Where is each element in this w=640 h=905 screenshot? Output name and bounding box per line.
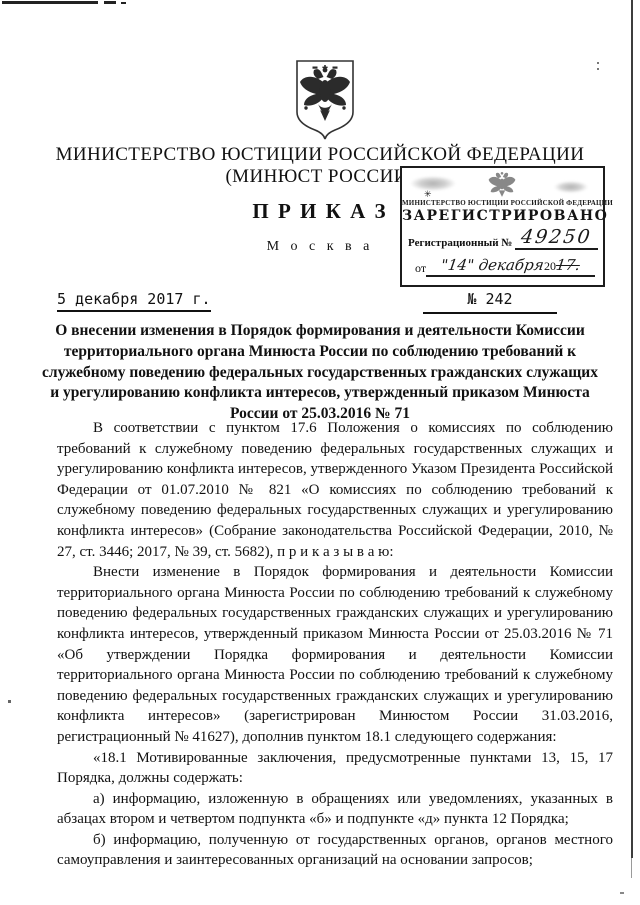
stamp-smudge (410, 176, 456, 191)
stamp-smudge (554, 181, 588, 193)
stamp-cross-icon: ✳ (424, 190, 432, 199)
stamp-reg-number-label: Регистрационный № (408, 237, 512, 250)
stamp-registration-number-line: Регистрационный № 49250 (408, 228, 598, 250)
scan-artifact-right-line (631, 0, 633, 858)
stamp-from-label: от (415, 261, 426, 277)
scan-artifact-top-dash (104, 1, 116, 4)
ministry-name: МИНИСТЕРСТВО ЮСТИЦИИ РОССИЙСКОЙ ФЕДЕРАЦИ… (0, 144, 640, 166)
scan-artifact-speck (8, 700, 11, 703)
stamp-reg-number-field: 49250 (515, 228, 598, 250)
body-paragraph: «18.1 Мотивированные заключения, предусм… (57, 748, 613, 789)
scan-artifact-speck (597, 62, 599, 64)
stamp-date-handwritten: "14" декабря (440, 258, 545, 273)
document-date: 5 декабря 2017 г. (57, 290, 211, 312)
document-body: В соответствии с пунктом 17.6 Положения … (57, 418, 613, 871)
scan-artifact-top-dash (121, 2, 126, 4)
stamp-registered-label: ЗАРЕГИСТРИРОВАНО (402, 208, 603, 224)
body-paragraph: а) информацию, изложенную в обращениях и… (57, 789, 613, 830)
scan-artifact-speck (620, 892, 624, 894)
scan-artifact-right-line-tail (631, 858, 632, 878)
body-paragraph: Внести изменение в Порядок формирования … (57, 562, 613, 747)
stamp-ministry-name: МИНИСТЕРСТВО ЮСТИЦИИ РОССИЙСКОЙ ФЕДЕРАЦИ… (402, 199, 603, 207)
body-paragraph: В соответствии с пунктом 17.6 Положения … (57, 418, 613, 562)
stamp-year-handwritten: 17. (555, 258, 581, 273)
scanned-document-page: МИНИСТЕРСТВО ЮСТИЦИИ РОССИЙСКОЙ ФЕДЕРАЦИ… (0, 0, 640, 905)
stamp-date-line: от "14" декабря2017. (415, 257, 595, 277)
stamp-date-field: "14" декабря2017. (426, 257, 595, 277)
stamp-reg-number-handwritten: 49250 (520, 228, 593, 247)
document-number: № 242 (423, 290, 557, 314)
body-paragraph: б) информацию, полученную от государстве… (57, 830, 613, 871)
document-title: О внесении изменения в Порядок формирова… (40, 321, 600, 425)
scan-artifact-speck (597, 68, 599, 70)
registration-stamp: ✳ МИНИСТЕРСТВО ЮСТИЦИИ РОССИЙСКОЙ ФЕДЕРА… (400, 166, 605, 287)
scan-artifact-top-dash (2, 1, 98, 4)
coat-of-arms-russia-icon (293, 58, 357, 142)
